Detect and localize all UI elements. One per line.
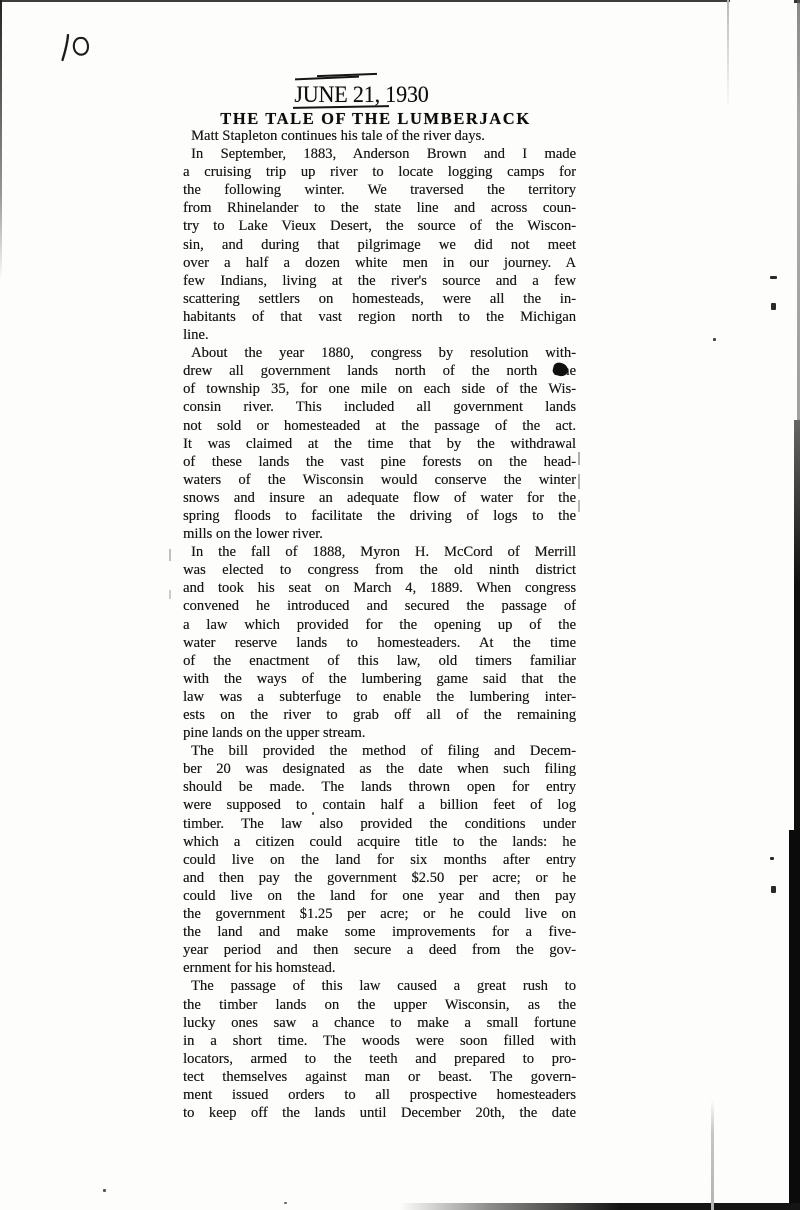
text-line: drew all government lands north of the n… — [183, 362, 576, 380]
scan-edge-top — [0, 0, 730, 2]
text-line: try to Lake Vieux Desert, the source of … — [183, 217, 576, 235]
text-line: of the enactment of this law, old timers… — [183, 652, 576, 670]
text-line: mills on the lower river. — [183, 525, 576, 543]
text-line: In the fall of 1888, Myron H. McCord of … — [183, 543, 576, 561]
text-line: few Indians, living at the river's sourc… — [183, 272, 576, 290]
scan-edge-bottom — [400, 1203, 800, 1210]
ink-speck — [770, 857, 774, 860]
text-line: lucky ones saw a chance to make a small … — [183, 1014, 576, 1032]
margin-tick — [578, 452, 580, 465]
text-line: It was claimed at the time that by the w… — [183, 435, 576, 453]
article-headline: THE TALE OF THE LUMBERJACK — [179, 109, 572, 129]
text-line: The passage of this law caused a great r… — [183, 977, 576, 995]
text-line: locators, armed to the teeth and prepare… — [183, 1050, 576, 1068]
text-line: could live on the land for six months af… — [183, 851, 576, 869]
text-line: a law which provided for the opening up … — [183, 616, 576, 634]
text-line: and then pay the government $2.50 per ac… — [183, 869, 576, 887]
article-body: Matt Stapleton continues his tale of the… — [183, 127, 576, 1122]
ink-speck — [771, 886, 776, 893]
margin-tick — [578, 474, 580, 489]
text-line: year period and then secure a deed from … — [183, 941, 576, 959]
ink-speck — [312, 812, 314, 815]
text-line: Matt Stapleton continues his tale of the… — [183, 127, 576, 145]
text-line: tect themselves against man or beast. Th… — [183, 1068, 576, 1086]
text-line: habitants of that vast region north to t… — [183, 308, 576, 326]
margin-tick — [169, 549, 171, 561]
text-line: the government $1.25 per acre; or he cou… — [183, 905, 576, 923]
text-line: should be made. The lands thrown open fo… — [183, 778, 576, 796]
text-line: to keep off the lands until December 20t… — [183, 1104, 576, 1122]
scan-edge-right-mid — [794, 420, 800, 830]
text-line: snows and insure an adequate flow of wat… — [183, 489, 576, 507]
text-line: scattering settlers on homesteads, were … — [183, 290, 576, 308]
text-line: spring floods to facilitate the driving … — [183, 507, 576, 525]
text-line: from Rhinelander to the state line and a… — [183, 199, 576, 217]
text-line: over a half a dozen white men in our jou… — [183, 254, 576, 272]
text-line: a cruising trip up river to locate loggi… — [183, 163, 576, 181]
text-line: convened he introduced and secured the p… — [183, 597, 576, 615]
text-line: and took his seat on March 4, 1889. When… — [183, 579, 576, 597]
text-line: could live on the land for one year and … — [183, 887, 576, 905]
text-line: waters of the Wisconsin would conserve t… — [183, 471, 576, 489]
text-line: with the ways of the lumbering game said… — [183, 670, 576, 688]
margin-tick — [169, 590, 171, 599]
article: JUNE 21, 1930 THE TALE OF THE LUMBERJACK… — [183, 0, 576, 1210]
text-line: were supposed to contain half a billion … — [183, 796, 576, 814]
text-line: of township 35, for one mile on each sid… — [183, 380, 576, 398]
ink-speck — [713, 338, 716, 341]
text-line: consin river. This included all governme… — [183, 398, 576, 416]
text-line: of these lands the vast pine forests on … — [183, 453, 576, 471]
text-line: ernment for his homstead. — [183, 959, 576, 977]
text-line: water reserve lands to homesteaders. At … — [183, 634, 576, 652]
scan-edge-left — [0, 0, 2, 280]
text-line: ests on the river to grab off all of the… — [183, 706, 576, 724]
text-line: line. — [183, 326, 576, 344]
text-line: law was a subterfuge to enable the lumbe… — [183, 688, 576, 706]
ink-speck — [103, 1189, 106, 1192]
text-line: In September, 1883, Anderson Brown and I… — [183, 145, 576, 163]
masthead-date: JUNE 21, 1930 — [173, 82, 550, 108]
ink-speck — [771, 303, 776, 310]
text-line: the land and make some improvements for … — [183, 923, 576, 941]
scan-streak-top — [727, 0, 729, 110]
ink-speck — [284, 1202, 287, 1204]
text-line: was elected to congress from the old nin… — [183, 561, 576, 579]
text-line: ber 20 was designated as the date when s… — [183, 760, 576, 778]
text-line: the following winter. We traversed the t… — [183, 181, 576, 199]
text-line: About the year 1880, congress by resolut… — [183, 344, 576, 362]
text-line: The bill provided the method of filing a… — [183, 742, 576, 760]
text-line: in a short time. The woods were soon fil… — [183, 1032, 576, 1050]
scanned-newspaper-page: 10 JUNE 21, 1930 THE TALE OF THE LUMBERJ… — [0, 0, 800, 1210]
text-line: timber. The law also provided the condit… — [183, 815, 576, 833]
text-line: ment issued orders to all prospective ho… — [183, 1086, 576, 1104]
scan-streak-bottom — [711, 1100, 714, 1210]
handwritten-page-number: 10 — [52, 26, 98, 68]
text-line: not sold or homesteaded at the passage o… — [183, 417, 576, 435]
margin-tick — [578, 500, 580, 512]
digit-one-stroke — [63, 35, 69, 60]
text-line: which a citizen could acquire title to t… — [183, 833, 576, 851]
text-line: the timber lands on the upper Wisconsin,… — [183, 996, 576, 1014]
scan-edge-right-lower — [789, 830, 800, 1210]
ink-speck — [770, 276, 777, 279]
digit-zero-stroke — [74, 38, 88, 55]
text-line: sin, and during that pilgrimage we did n… — [183, 236, 576, 254]
text-line: pine lands on the upper stream. — [183, 724, 576, 742]
